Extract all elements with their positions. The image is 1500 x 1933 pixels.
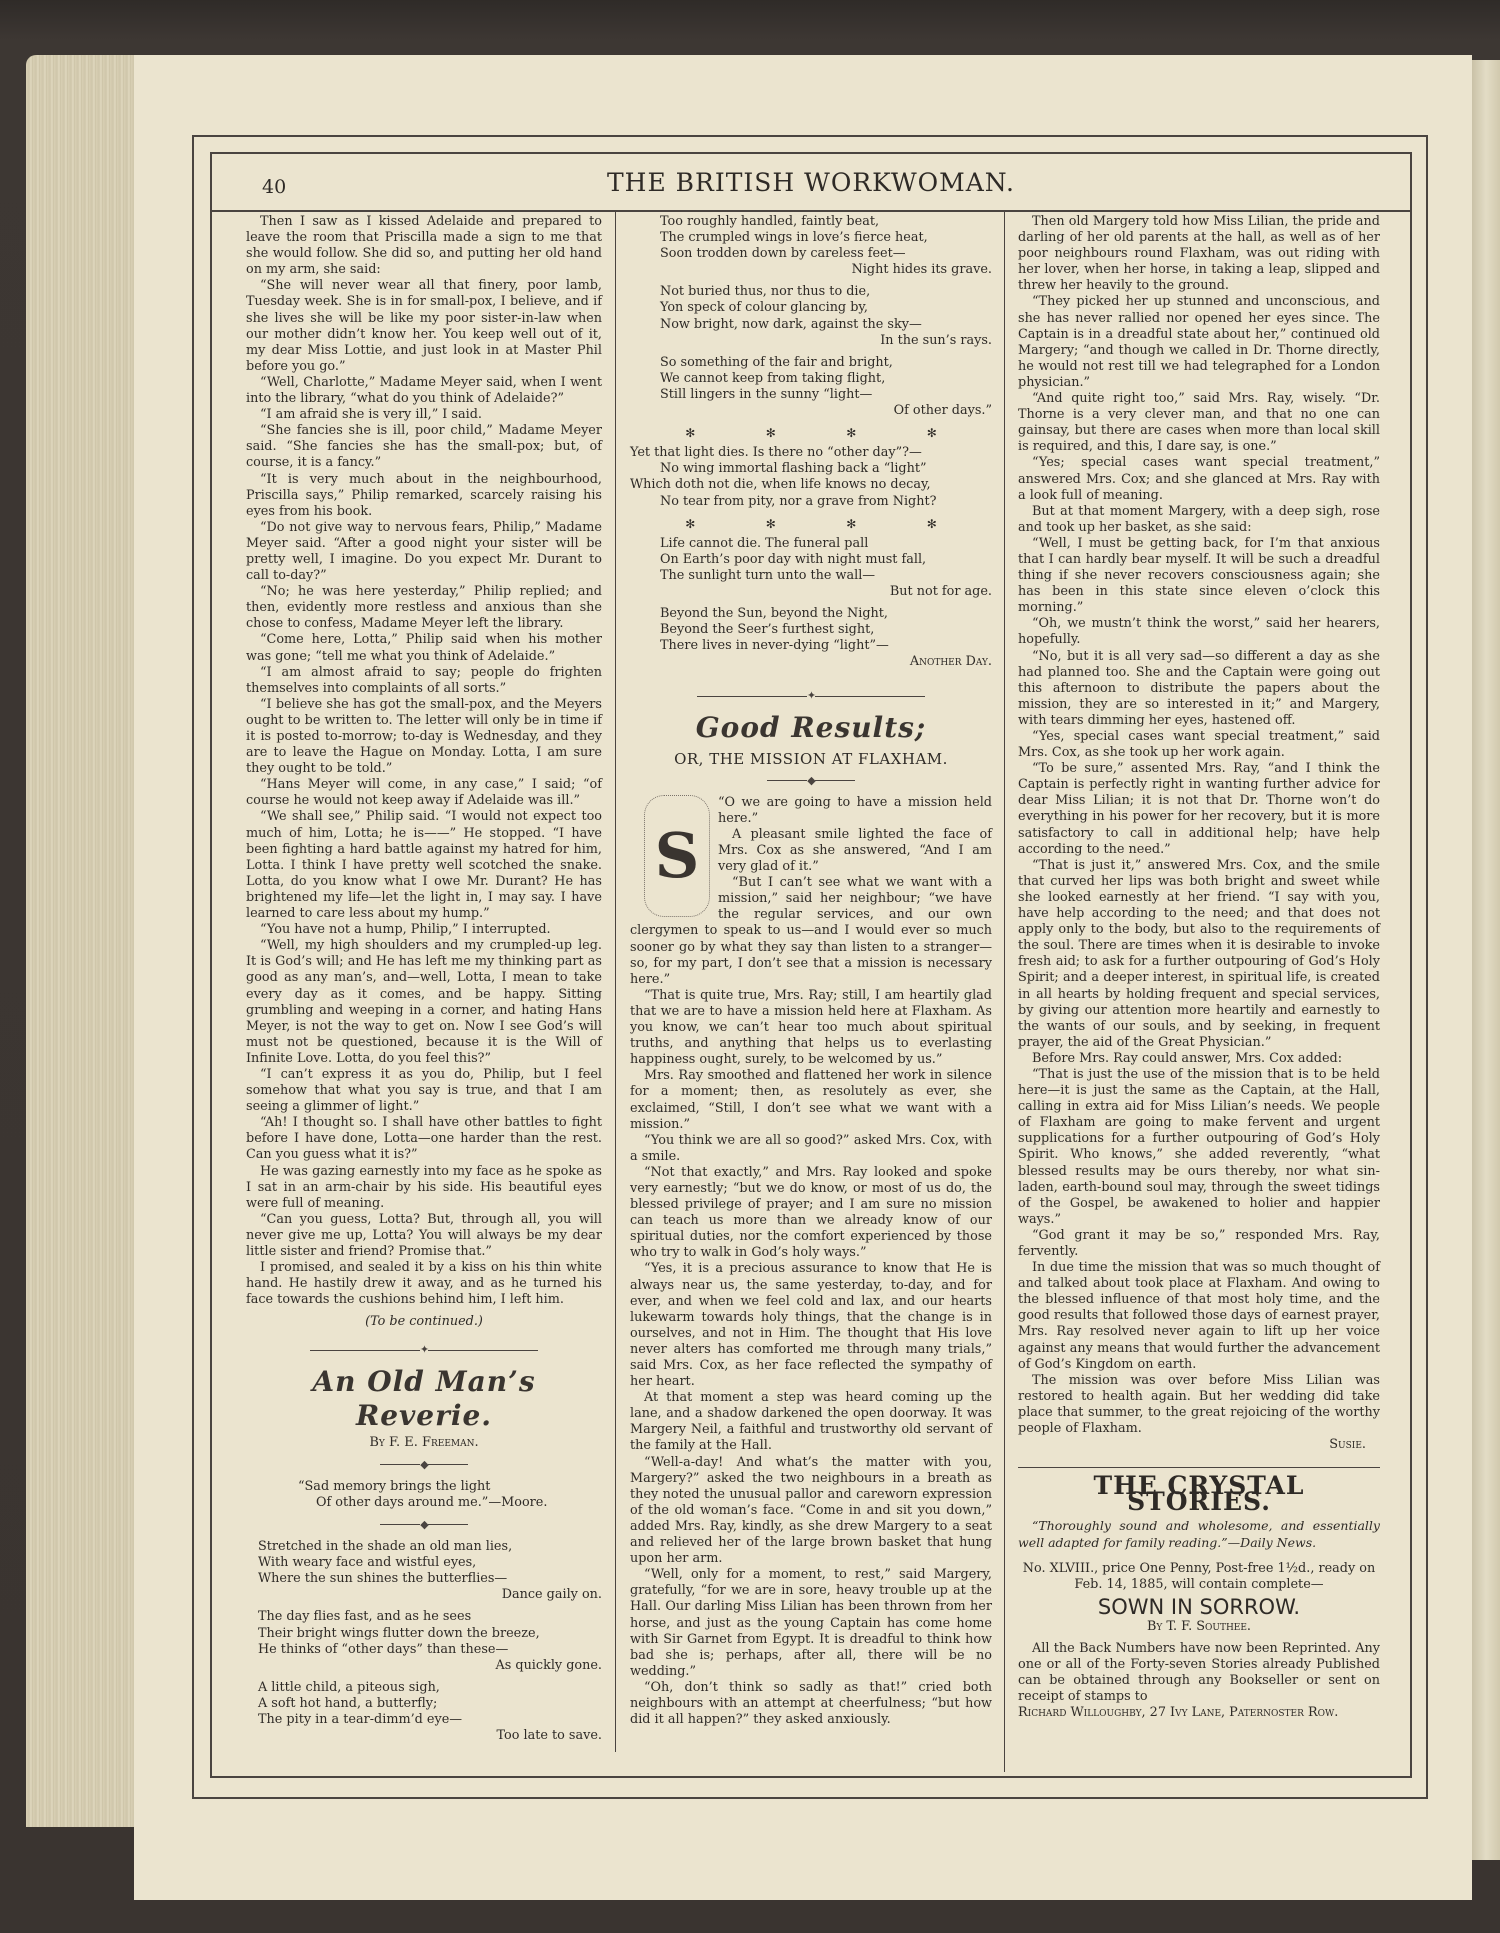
stanza: So something of the fair and bright, We … bbox=[630, 355, 992, 419]
paragraph: “Come here, Lotta,” Philip said when his… bbox=[246, 632, 602, 664]
to-be-continued: (To be continued.) bbox=[246, 1314, 602, 1330]
paragraph: “Yes; special cases want special treatme… bbox=[1018, 455, 1380, 503]
paragraph: “Yes, special cases want special treatme… bbox=[1018, 729, 1380, 761]
paragraph: “Yes, it is a precious assurance to know… bbox=[630, 1261, 992, 1390]
paragraph: “We shall see,” Philip said. “I would no… bbox=[246, 809, 602, 922]
dropcap-letter: S bbox=[644, 795, 710, 917]
paragraph: Mrs. Ray smoothed and flattened her work… bbox=[630, 1068, 992, 1132]
paragraph: The mission was over before Miss Lilian … bbox=[1018, 1373, 1380, 1437]
paragraph: “Ah! I thought so. I shall have other ba… bbox=[246, 1115, 602, 1163]
stanza: Not buried thus, nor thus to die, Yon sp… bbox=[630, 284, 992, 348]
ornament-divider: ◆ bbox=[246, 1457, 602, 1473]
paragraph: “She will never wear all that finery, po… bbox=[246, 278, 602, 375]
paragraph: “It is very much about in the neighbourh… bbox=[246, 472, 602, 520]
story-title: Good Results; bbox=[630, 711, 992, 745]
author-signature: Susie. bbox=[1018, 1437, 1380, 1453]
paragraph: “Do not give way to nervous fears, Phili… bbox=[246, 520, 602, 584]
paragraph: “You think we are all so good?” asked Mr… bbox=[630, 1133, 992, 1165]
paragraph: But at that moment Margery, with a deep … bbox=[1018, 504, 1380, 536]
column-3: Then old Margery told how Miss Lilian, t… bbox=[1018, 214, 1380, 1721]
page-edges-right bbox=[1472, 60, 1500, 1860]
paragraph: “I can’t express it as you do, Philip, b… bbox=[246, 1067, 602, 1115]
section-stars: ✻✻✻✻ bbox=[650, 516, 972, 532]
paragraph: “That is quite true, Mrs. Ray; still, I … bbox=[630, 988, 992, 1068]
paragraph: I promised, and sealed it by a kiss on h… bbox=[246, 1260, 602, 1308]
paragraph: “Oh, we mustn’t think the worst,” said h… bbox=[1018, 616, 1380, 648]
paragraph: “Hans Meyer will come, in any case,” I s… bbox=[246, 777, 602, 809]
paragraph: Then I saw as I kissed Adelaide and prep… bbox=[246, 214, 602, 278]
stanza: Yet that light dies. Is there no “other … bbox=[630, 445, 992, 509]
paragraph: Then old Margery told how Miss Lilian, t… bbox=[1018, 214, 1380, 294]
stanza: Beyond the Sun, beyond the Night, Beyond… bbox=[630, 606, 992, 670]
story-opening: S “O we are going to have a mission held… bbox=[630, 795, 992, 988]
paragraph: “No; he was here yesterday,” Philip repl… bbox=[246, 584, 602, 632]
paragraph: “Well, my high shoulders and my crumpled… bbox=[246, 938, 602, 1067]
paragraph: “Not that exactly,” and Mrs. Ray looked … bbox=[630, 1165, 992, 1262]
paragraph: “You have not a hump, Philip,” I interru… bbox=[246, 922, 602, 938]
column-1: Then I saw as I kissed Adelaide and prep… bbox=[246, 214, 602, 1750]
paragraph: “Well, Charlotte,” Madame Meyer said, wh… bbox=[246, 375, 602, 407]
poem-title: An Old Man’s Reverie. bbox=[246, 1365, 602, 1433]
paragraph: “That is just it,” answered Mrs. Cox, an… bbox=[1018, 858, 1380, 1051]
paragraph: “Can you guess, Lotta? But, through all,… bbox=[246, 1212, 602, 1260]
column-2: Too roughly handled, faintly beat, The c… bbox=[630, 214, 992, 1728]
paragraph: “I am almost afraid to say; people do fr… bbox=[246, 665, 602, 697]
advert-title: THE CRYSTAL STORIES. bbox=[1018, 1478, 1380, 1510]
paragraph: In due time the mission that was so much… bbox=[1018, 1260, 1380, 1373]
paragraph: “I believe she has got the small-pox, an… bbox=[246, 697, 602, 777]
paragraph: “No, but it is all very sad—so different… bbox=[1018, 649, 1380, 729]
crystal-stories-advert: THE CRYSTAL STORIES. “Thoroughly sound a… bbox=[1018, 1478, 1380, 1721]
paragraph: Before Mrs. Ray could answer, Mrs. Cox a… bbox=[1018, 1051, 1380, 1067]
poem-continued: Too roughly handled, faintly beat, The c… bbox=[630, 214, 992, 670]
page-content: 40 THE BRITISH WORKWOMAN. Then I saw as … bbox=[210, 152, 1412, 1778]
paragraph: “Well-a-day! And what’s the matter with … bbox=[630, 1455, 992, 1568]
paragraph: He was gazing earnestly into my face as … bbox=[246, 1164, 602, 1212]
ornament-divider: ✦ bbox=[246, 1342, 602, 1358]
poem-body: Stretched in the shade an old man lies, … bbox=[246, 1539, 602, 1744]
paragraph: “Well, only for a moment, to rest,” said… bbox=[630, 1567, 992, 1680]
paragraph: “That is just the use of the mission tha… bbox=[1018, 1067, 1380, 1228]
paragraph: “To be sure,” assented Mrs. Ray, “and I … bbox=[1018, 761, 1380, 858]
ornament-divider: ◆ bbox=[630, 773, 992, 789]
paragraph: At that moment a step was heard coming u… bbox=[630, 1390, 992, 1454]
advert-story-byline: By T. F. Southee. bbox=[1018, 1619, 1380, 1635]
stanza: Too roughly handled, faintly beat, The c… bbox=[630, 214, 992, 278]
stanza: Stretched in the shade an old man lies, … bbox=[246, 1539, 602, 1603]
advert-publisher: Richard Willoughby, 27 Ivy Lane, Paterno… bbox=[1018, 1705, 1380, 1721]
page-edges-left bbox=[26, 55, 138, 1827]
ornament-divider: ✦ bbox=[630, 688, 992, 704]
column-divider bbox=[615, 212, 616, 1752]
paragraph: “Well, I must be getting back, for I’m t… bbox=[1018, 536, 1380, 616]
poem-byline: By F. E. Freeman. bbox=[246, 1435, 602, 1451]
stanza: A little child, a piteous sigh, A soft h… bbox=[246, 1680, 602, 1744]
advert-back-numbers: All the Back Numbers have now been Repri… bbox=[1018, 1641, 1380, 1705]
ornament-divider: ◆ bbox=[246, 1517, 602, 1533]
paragraph: “And quite right too,” said Mrs. Ray, wi… bbox=[1018, 391, 1380, 455]
column-divider bbox=[1004, 212, 1005, 1772]
advert-story-title: SOWN IN SORROW. bbox=[1018, 1599, 1380, 1615]
story-subtitle: OR, THE MISSION AT FLAXHAM. bbox=[630, 751, 992, 767]
advert-quote: “Thoroughly sound and wholesome, and ess… bbox=[1018, 1518, 1380, 1550]
paragraph: “I am afraid she is very ill,” I said. bbox=[246, 407, 602, 423]
section-rule bbox=[1018, 1467, 1380, 1468]
masthead-title: THE BRITISH WORKWOMAN. bbox=[212, 168, 1410, 197]
poem-epigraph: “Sad memory brings the light Of other da… bbox=[246, 1479, 602, 1511]
page-header: 40 THE BRITISH WORKWOMAN. bbox=[212, 154, 1410, 212]
advert-issue: No. XLVIII., price One Penny, Post-free … bbox=[1018, 1561, 1380, 1593]
paragraph: “She fancies she is ill, poor child,” Ma… bbox=[246, 423, 602, 471]
paragraph: “They picked her up stunned and unconsci… bbox=[1018, 294, 1380, 391]
paragraph: “God grant it may be so,” responded Mrs.… bbox=[1018, 1228, 1380, 1260]
paragraph: “Oh, don’t think so sadly as that!” crie… bbox=[630, 1680, 992, 1728]
stanza: Life cannot die. The funeral pall On Ear… bbox=[630, 536, 992, 600]
stanza: The day flies fast, and as he sees Their… bbox=[246, 1609, 602, 1673]
section-stars: ✻✻✻✻ bbox=[650, 425, 972, 441]
